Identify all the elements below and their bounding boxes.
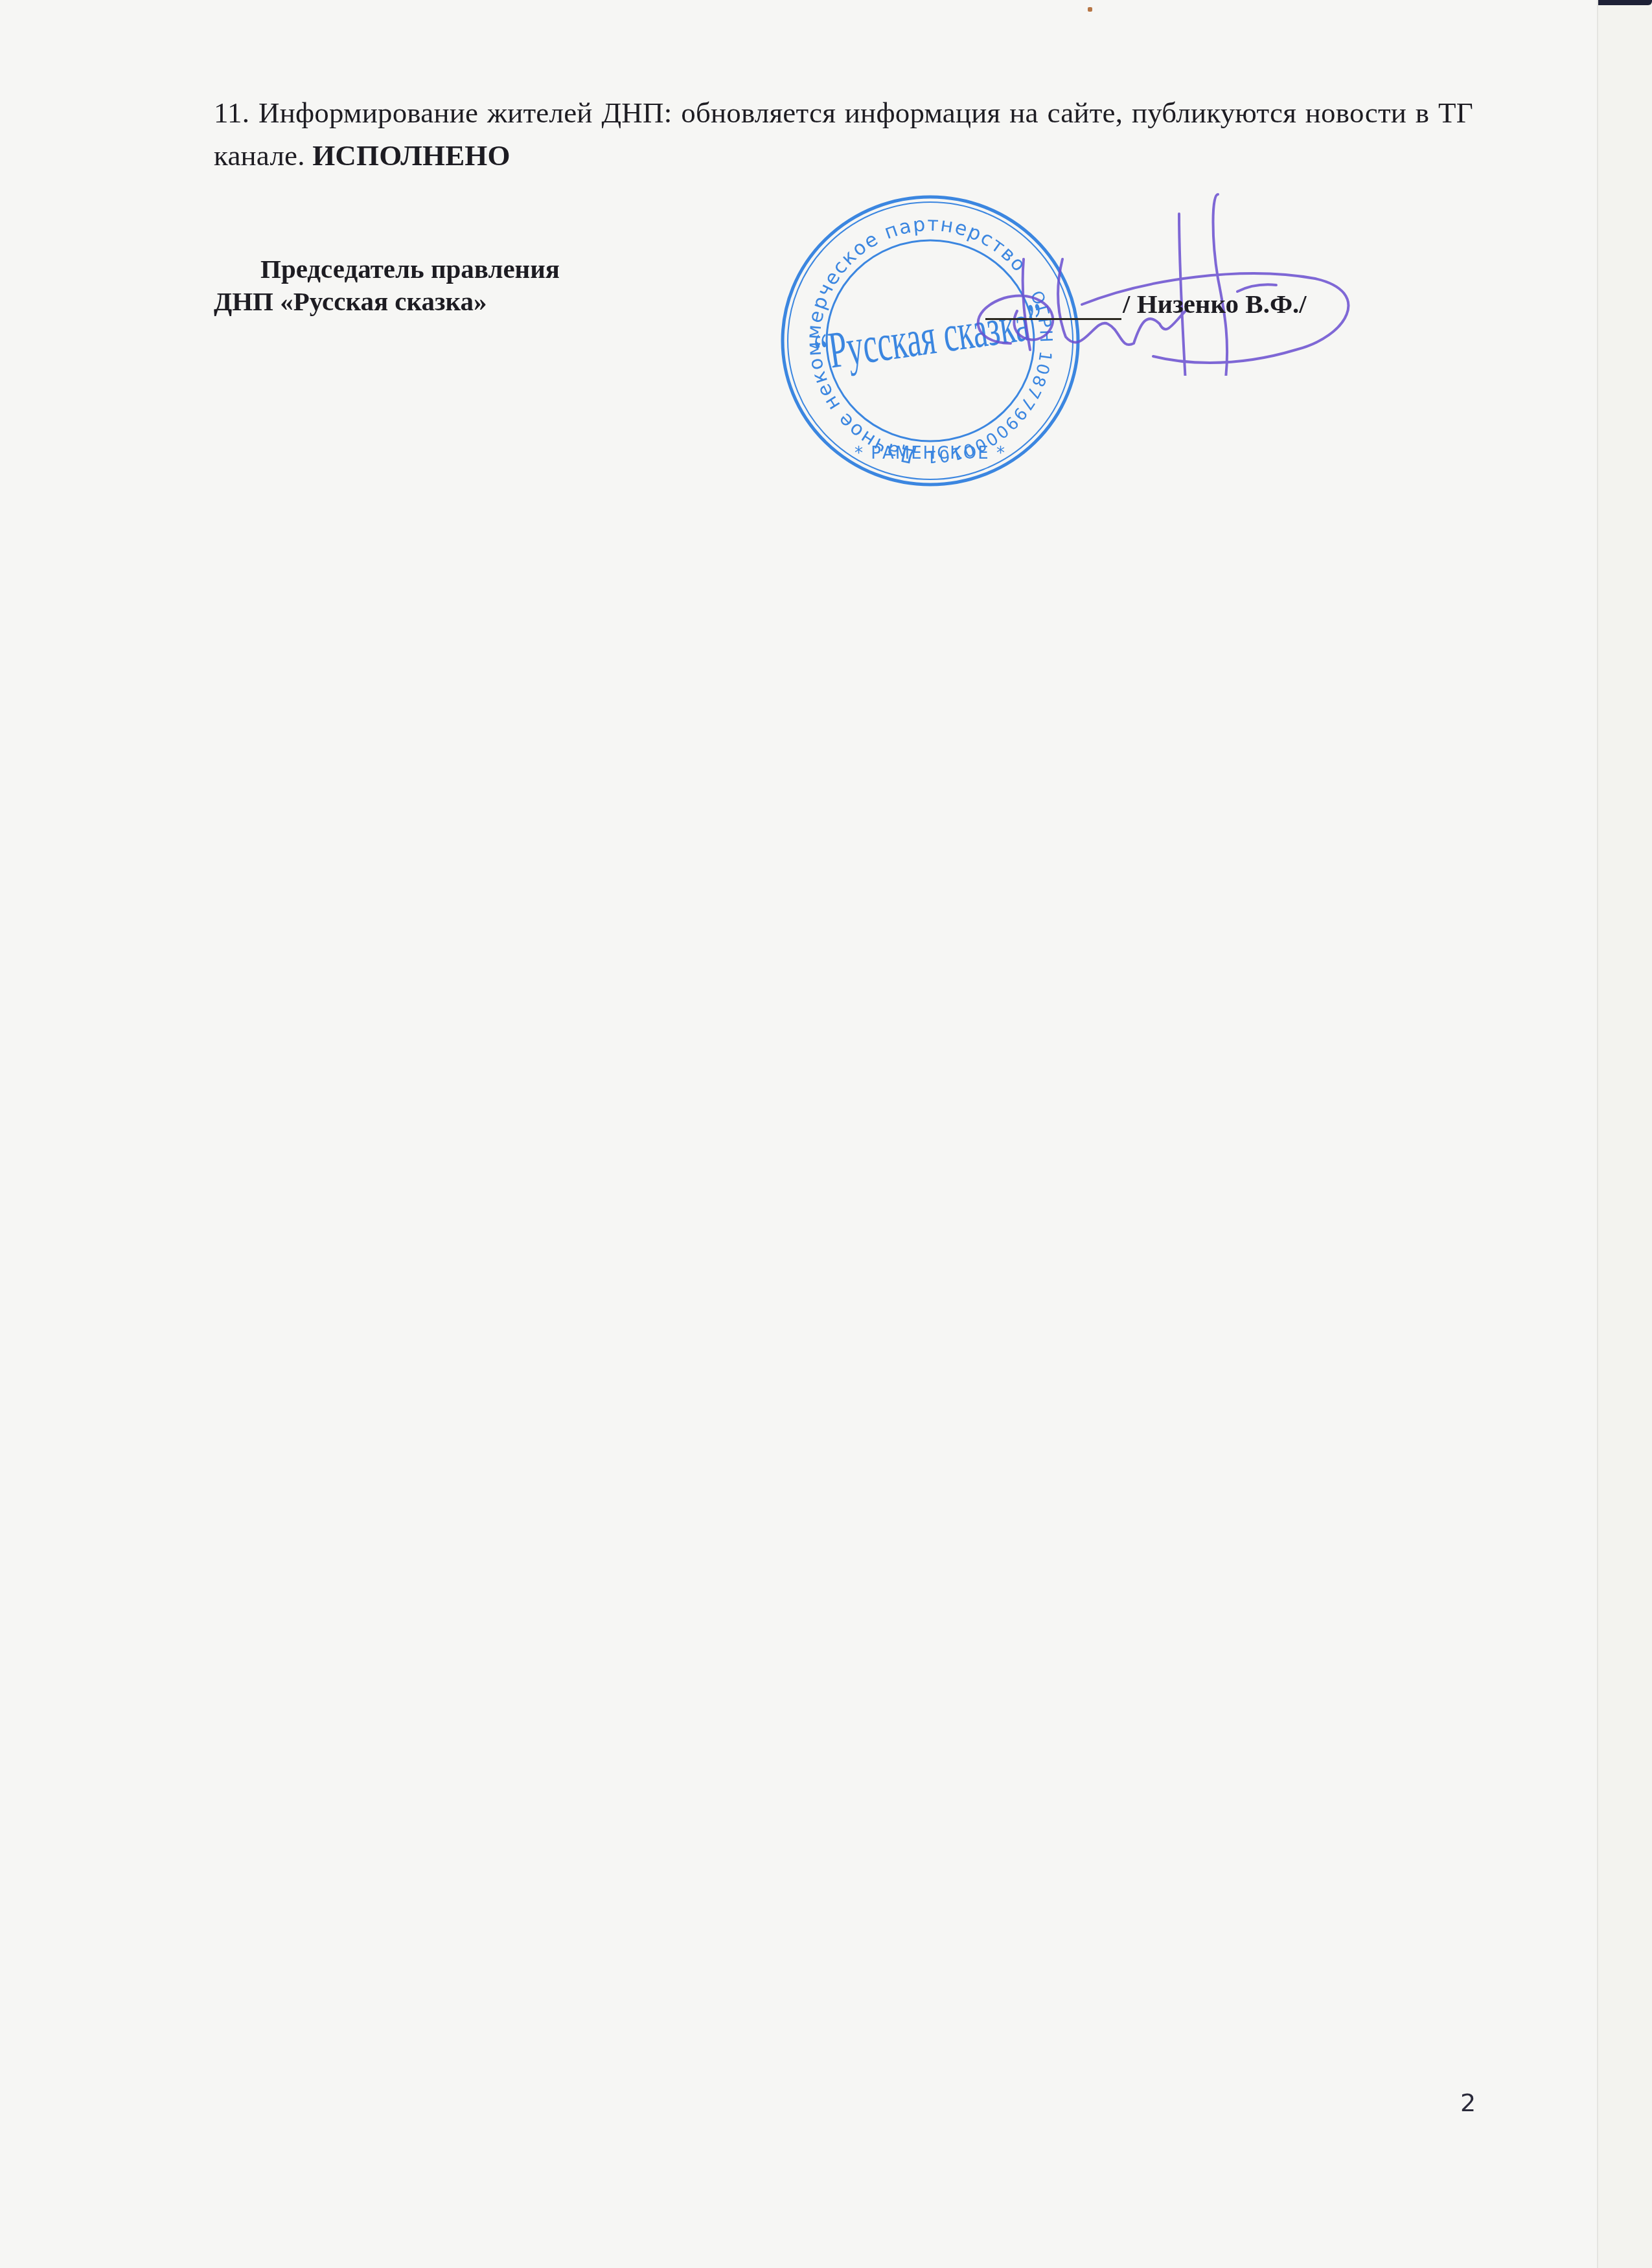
agenda-item-status: ИСПОЛНЕНО bbox=[312, 139, 511, 172]
signatory-position-title: Председатель правления bbox=[214, 253, 560, 285]
svg-text:* РАМЕНСКОЕ *: * РАМЕНСКОЕ * bbox=[855, 444, 1006, 463]
page-number: 2 bbox=[1460, 2089, 1476, 2117]
signatory-organization: ДНП «Русская сказка» bbox=[214, 285, 560, 317]
scan-speck bbox=[1088, 7, 1092, 12]
scanner-corner-shadow bbox=[1598, 0, 1652, 5]
agenda-item-11: 11. Информирование жителей ДНП: обновляе… bbox=[214, 91, 1473, 177]
signer-name: / Низенко В.Ф./ bbox=[1123, 288, 1307, 320]
handwritten-signature-icon bbox=[952, 181, 1380, 376]
signatory-position: Председатель правления ДНП «Русская сказ… bbox=[214, 253, 560, 317]
scanner-page-edge bbox=[1597, 0, 1652, 2268]
signature-line bbox=[985, 318, 1121, 320]
